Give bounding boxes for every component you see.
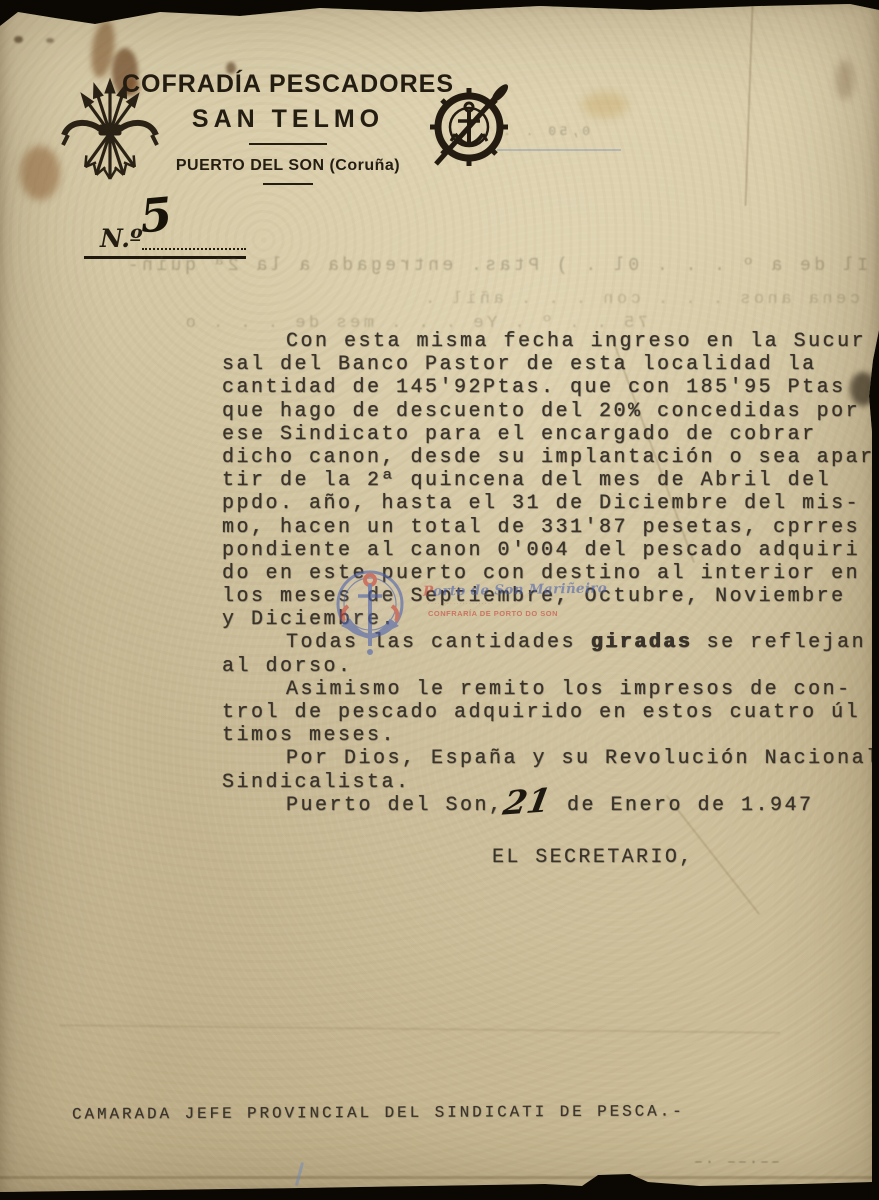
faint-typed-marks: –· ––·–– <box>694 1154 782 1171</box>
reference-label: N.º <box>100 224 142 253</box>
document-page: COFRADÍA PESCADORES SAN TELMO PUERTO DEL… <box>0 0 879 1200</box>
archive-watermark: Porto de Son Mariñeiro ·················… <box>328 556 608 664</box>
signature-title: EL SECRETARIO, <box>492 846 694 869</box>
typed-line: timos meses. <box>222 724 879 747</box>
stain <box>14 36 23 43</box>
typed-line: trol de pescado adquirido en estos cuatr… <box>222 701 879 724</box>
typed-line: sal del Banco Pastor de esta localidad l… <box>222 353 879 376</box>
watermark-microtext: ····················· <box>428 601 494 607</box>
typed-line: ppdo. año, hasta el 31 de Diciembre del … <box>222 492 879 515</box>
bleedthrough-fragment: 0,50 . . <box>498 124 590 139</box>
handwritten-day: 21 <box>503 800 550 803</box>
letterhead-rule <box>263 183 313 185</box>
stain <box>582 92 628 118</box>
typed-line: Con esta misma fecha ingreso en la Sucur <box>222 330 879 353</box>
anchor-badge-icon <box>332 564 408 660</box>
date-line: Puerto del Son,21 de Enero de 1.947 <box>222 794 879 817</box>
typed-line: Por Dios, España y su Revolución Naciona… <box>222 747 879 770</box>
crease-line <box>745 6 754 206</box>
typed-segment: se reflejan <box>692 631 866 654</box>
typed-line: dicho canon, desde su implantación o sea… <box>222 446 879 469</box>
watermark-caps-text: CONFRARÍA DE PORTO DO SON <box>428 609 558 618</box>
typed-line: Asimismo le remito los impresos de con- <box>222 678 879 701</box>
crease-line <box>60 1024 780 1034</box>
reference-number-handwritten: 5 <box>138 187 175 244</box>
crease-line <box>0 1176 879 1179</box>
typed-line: mo, hacen un total de 331'87 pesetas, cp… <box>222 516 879 539</box>
typed-segment: Puerto del Son, <box>286 794 504 817</box>
pencil-mark <box>295 1162 304 1186</box>
typed-segment: de Enero de 1.947 <box>552 794 813 817</box>
letterhead-rule <box>249 143 327 145</box>
typed-line: tir de la 2ª quincena del mes de Abril d… <box>222 469 879 492</box>
stain <box>836 60 854 100</box>
typed-line: cantidad de 145'92Ptas. que con 185'95 P… <box>222 376 879 399</box>
stain <box>46 38 54 43</box>
typed-line: que hago de descuento del 20% concedidas… <box>222 400 879 423</box>
bleedthrough-line: cena anos . . . con . . . añil . <box>300 290 860 309</box>
watermark-script-text: Porto de Son Mariñeiro <box>423 580 607 599</box>
addressee-line: CAMARADA JEFE PROVINCIAL DEL SINDICATI D… <box>72 1102 685 1123</box>
typed-line: ese Sindicato para el encargado de cobra… <box>222 423 879 446</box>
bleedthrough-line: Il de a º . . . 0l . ) Ptas. entregada a… <box>12 256 868 276</box>
